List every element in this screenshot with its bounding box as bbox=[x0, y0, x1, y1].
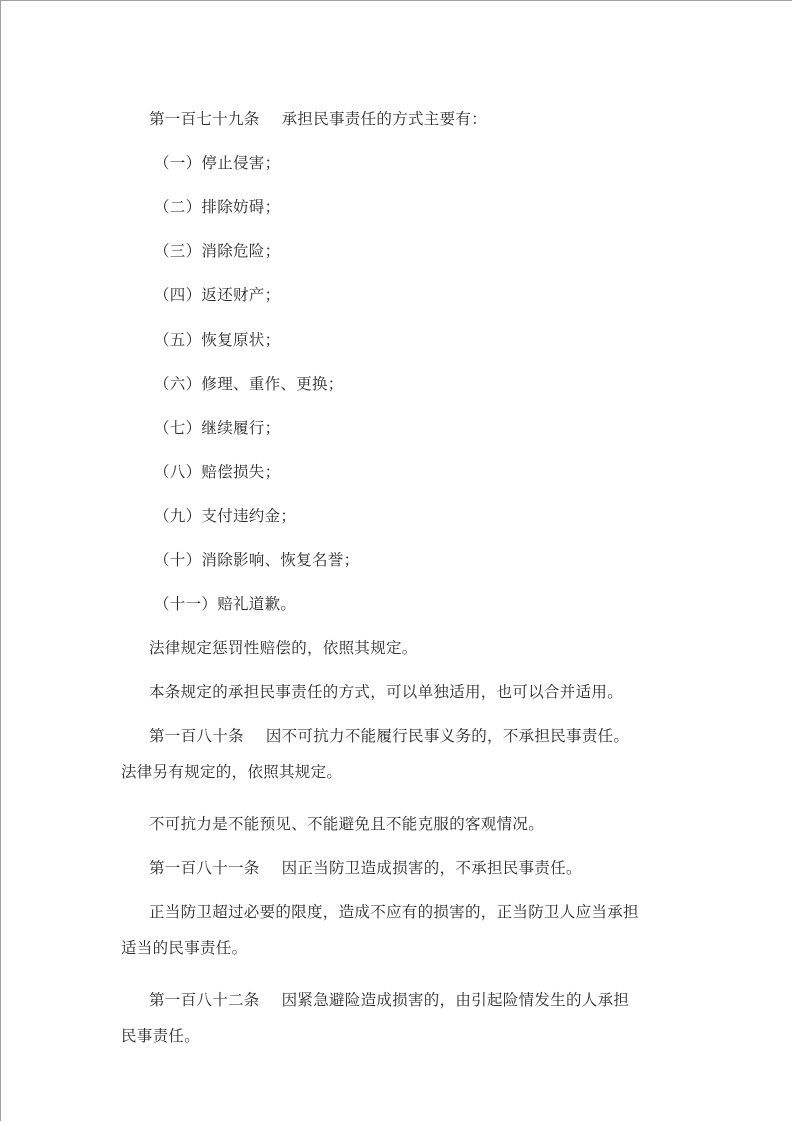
list-item: （七）继续履行； bbox=[121, 410, 672, 446]
article-179-punitive-paragraph: 法律规定惩罚性赔偿的，依照其规定。 bbox=[121, 630, 667, 666]
article-181-excess-defense-paragraph: 正当防卫超过必要的限度，造成不应有的损害的，正当防卫人应当承担适当的民事责任。 bbox=[121, 894, 639, 966]
article-179-application-paragraph: 本条规定的承担民事责任的方式，可以单独适用，也可以合并适用。 bbox=[121, 674, 667, 710]
article-179-paragraph: 第一百七十九条承担民事责任的方式主要有： bbox=[121, 101, 667, 137]
list-item: （十一）赔礼道歉。 bbox=[121, 586, 672, 622]
list-item: （一）停止侵害； bbox=[121, 145, 672, 181]
list-item: （九）支付违约金； bbox=[121, 498, 672, 534]
article-181-text: 因正当防卫造成损害的，不承担民事责任。 bbox=[282, 859, 582, 877]
article-179-text: 承担民事责任的方式主要有： bbox=[282, 110, 487, 128]
list-item: （二）排除妨碍； bbox=[121, 189, 672, 225]
list-item: （四）返还财产； bbox=[121, 277, 672, 313]
document-page: 第一百七十九条承担民事责任的方式主要有： （一）停止侵害； （二）排除妨碍； （… bbox=[0, 0, 792, 1121]
article-179-heading: 第一百七十九条 bbox=[149, 110, 260, 128]
article-181-paragraph: 第一百八十一条因正当防卫造成损害的，不承担民事责任。 bbox=[121, 850, 667, 886]
article-180-force-majeure-paragraph: 不可抗力是不能预见、不能避免且不能克服的客观情况。 bbox=[121, 806, 667, 842]
article-180-heading: 第一百八十条 bbox=[149, 727, 244, 745]
list-item: （三）消除危险； bbox=[121, 233, 672, 269]
list-item: （六）修理、重作、更换； bbox=[121, 366, 672, 402]
article-182-heading: 第一百八十二条 bbox=[149, 991, 260, 1009]
article-181-heading: 第一百八十一条 bbox=[149, 859, 260, 877]
list-item: （五）恢复原状； bbox=[121, 322, 672, 358]
article-182-paragraph: 第一百八十二条因紧急避险造成损害的，由引起险情发生的人承担民事责任。 bbox=[121, 982, 639, 1054]
list-item: （八）赔偿损失； bbox=[121, 454, 672, 490]
list-item: （十）消除影响、恢复名誉； bbox=[121, 542, 672, 578]
article-180-paragraph: 第一百八十条因不可抗力不能履行民事义务的，不承担民事责任。法律另有规定的，依照其… bbox=[121, 718, 639, 790]
